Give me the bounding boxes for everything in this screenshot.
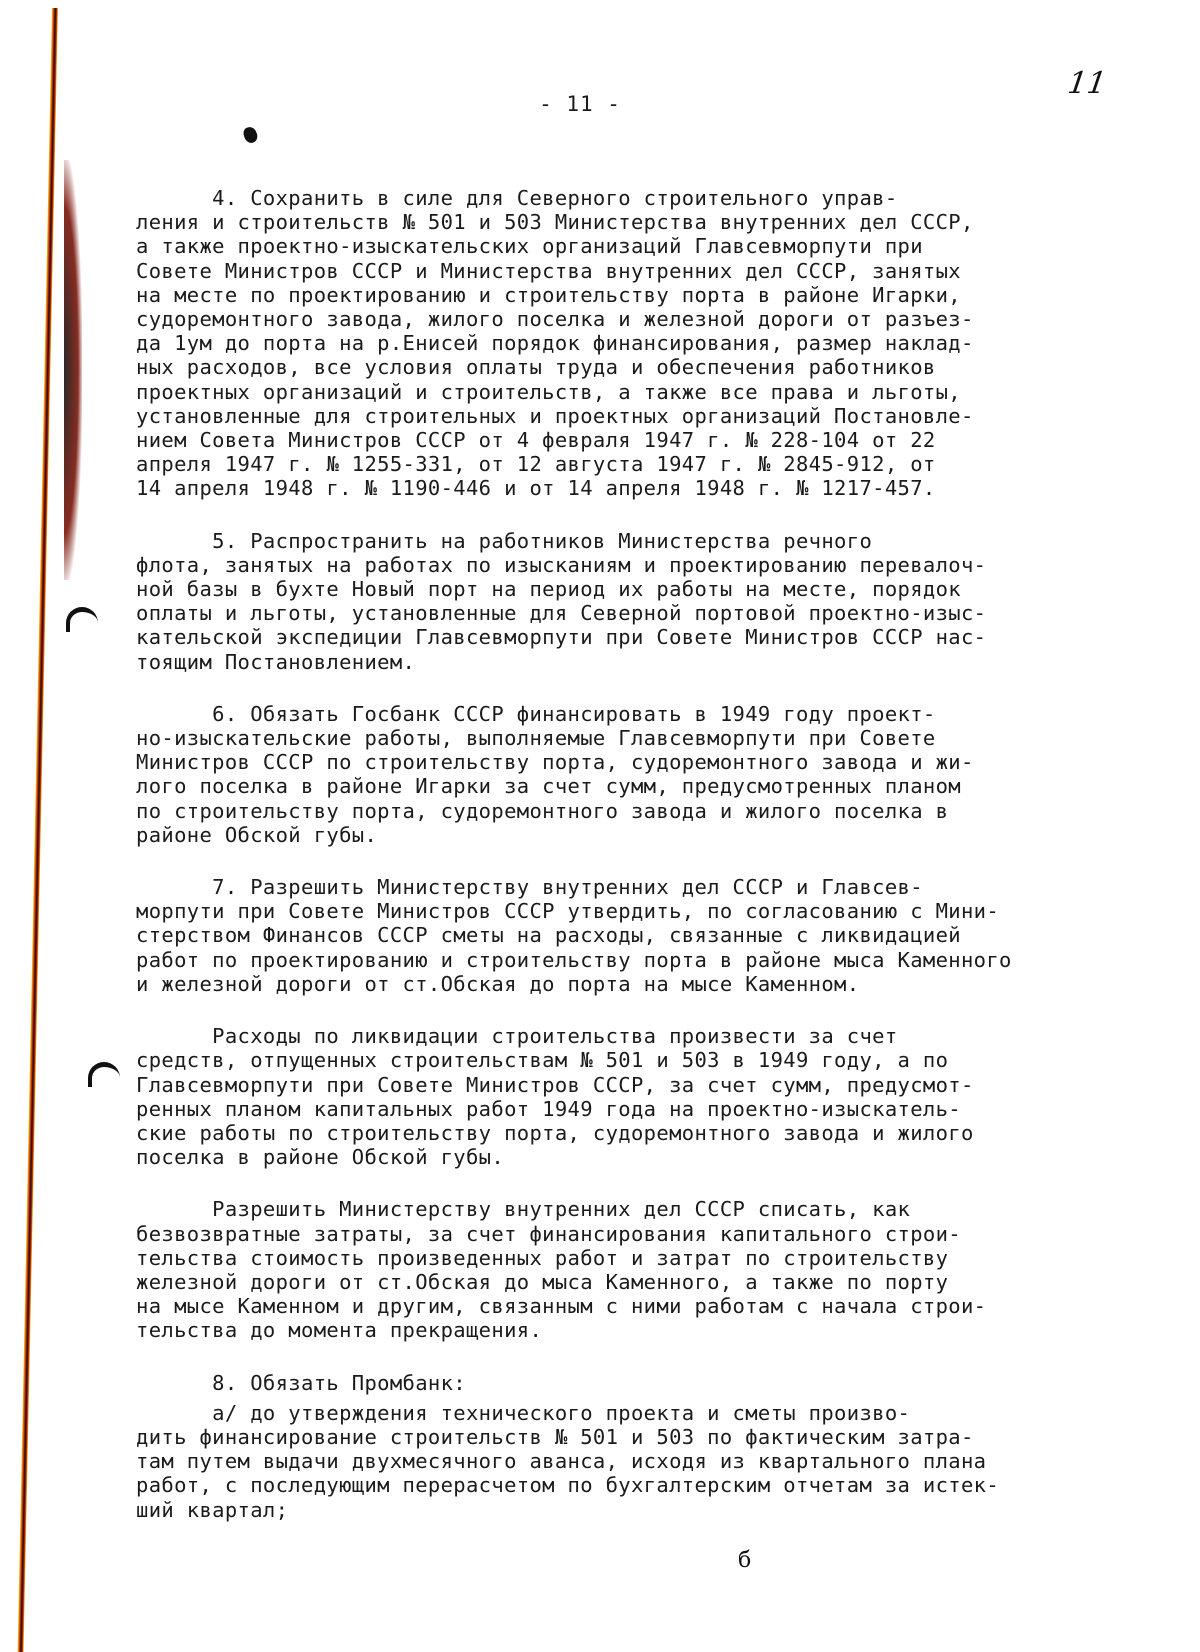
text-line: но-изыскательские работы, выполняемые Гл… [136, 726, 1116, 750]
binding-shadow [64, 160, 82, 580]
text-line: оплаты и льготы, установленные для Север… [136, 601, 1116, 625]
text-line: ские работы по строительству порта, судо… [136, 1121, 1116, 1145]
text-line: ной базы в бухте Новый порт на период их… [136, 577, 1116, 601]
text-line: работ по проектированию и строительству … [136, 948, 1116, 972]
text-line: Расходы по ликвидации строительства прои… [136, 1024, 1116, 1048]
text-line: безвозвратные затраты, за счет финансиро… [136, 1222, 1116, 1246]
text-line: работ, с последующим перерасчетом по бух… [136, 1473, 1116, 1497]
ink-blot [242, 126, 259, 145]
text-line: а/ до утверждения технического проекта и… [136, 1401, 1116, 1425]
paragraph: 4. Сохранить в силе для Северного строит… [136, 186, 1116, 501]
text-line: ренных планом капитальных работ 1949 год… [136, 1097, 1116, 1121]
text-line: Совете Министров СССР и Министерства вну… [136, 259, 1116, 283]
text-line: морпути при Совете Министров СССР утверд… [136, 899, 1116, 923]
text-line: кательской экспедиции Главсевморпути при… [136, 625, 1116, 649]
binding-edge [18, 8, 58, 1652]
text-line: 8. Обязать Промбанк: [136, 1371, 1116, 1395]
text-line: на мысе Каменном и другим, связанным с н… [136, 1294, 1116, 1318]
text-line: ления и строительств № 501 и 503 Министе… [136, 210, 1116, 234]
text-line: ных расходов, все условия оплаты труда и… [136, 355, 1116, 379]
paragraph: 8. Обязать Промбанк: [136, 1371, 1116, 1395]
paragraph: 7. Разрешить Министерству внутренних дел… [136, 875, 1116, 996]
handwritten-archive-number: 11 [1066, 66, 1109, 101]
text-line: тельства до момента прекращения. [136, 1318, 1116, 1342]
text-line: лого поселка в районе Игарки за счет сум… [136, 774, 1116, 798]
punch-hole-mark [88, 1062, 120, 1087]
text-line: поселка в районе Обской губы. [136, 1145, 1116, 1169]
paragraph: Разрешить Министерству внутренних дел СС… [136, 1197, 1116, 1342]
paragraph: 5. Распространить на работников Министер… [136, 529, 1116, 674]
text-line: железной дороги от ст.Обская до мыса Кам… [136, 1270, 1116, 1294]
text-line: там путем выдачи двухмесячного аванса, и… [136, 1449, 1116, 1473]
text-line: стерством Финансов СССР сметы на расходы… [136, 923, 1116, 947]
text-line: апреля 1947 г. № 1255-331, от 12 августа… [136, 452, 1116, 476]
text-line: средств, отпущенных строительствам № 501… [136, 1048, 1116, 1072]
text-line: 5. Распространить на работников Министер… [136, 529, 1116, 553]
text-line: Разрешить Министерству внутренних дел СС… [136, 1197, 1116, 1221]
text-line: по строительству порта, судоремонтного з… [136, 799, 1116, 823]
text-line: 7. Разрешить Министерству внутренних дел… [136, 875, 1116, 899]
text-line: а также проектно-изыскательских организа… [136, 234, 1116, 258]
text-line: судоремонтного завода, жилого поселка и … [136, 307, 1116, 331]
paragraph: 6. Обязать Госбанк СССР финансировать в … [136, 702, 1116, 847]
paragraph: Расходы по ликвидации строительства прои… [136, 1024, 1116, 1169]
text-line: нием Совета Министров СССР от 4 февраля … [136, 428, 1116, 452]
text-line: ший квартал; [136, 1498, 1116, 1522]
text-line: 14 апреля 1948 г. № 1190-446 и от 14 апр… [136, 476, 1116, 500]
text-line: и железной дороги от ст.Обская до порта … [136, 972, 1116, 996]
text-line: дить финансирование строительств № 501 и… [136, 1425, 1116, 1449]
text-line: Главсевморпути при Совете Министров СССР… [136, 1073, 1116, 1097]
text-line: проектных организаций и строительств, а … [136, 380, 1116, 404]
text-line: 4. Сохранить в силе для Северного строит… [136, 186, 1116, 210]
punch-hole-mark [66, 607, 98, 632]
text-line: установленные для строительных и проектн… [136, 404, 1116, 428]
text-line: да 1ум до порта на р.Енисей порядок фина… [136, 331, 1116, 355]
page-number: - 11 - [0, 92, 1200, 116]
text-line: 6. Обязать Госбанк СССР финансировать в … [136, 702, 1116, 726]
document-body: 4. Сохранить в силе для Северного строит… [136, 186, 1116, 1550]
text-line: районе Обской губы. [136, 823, 1116, 847]
handwritten-mark: б [738, 1548, 751, 1573]
paragraph: а/ до утверждения технического проекта и… [136, 1401, 1116, 1522]
text-line: тельства стоимость произведенных работ и… [136, 1246, 1116, 1270]
text-line: на месте по проектированию и строительст… [136, 283, 1116, 307]
text-line: флота, занятых на работах по изысканиям … [136, 553, 1116, 577]
text-line: тоящим Постановлением. [136, 650, 1116, 674]
text-line: Министров СССР по строительству порта, с… [136, 750, 1116, 774]
document-page: - 11 - 11 4. Сохранить в силе для Северн… [0, 0, 1200, 1652]
